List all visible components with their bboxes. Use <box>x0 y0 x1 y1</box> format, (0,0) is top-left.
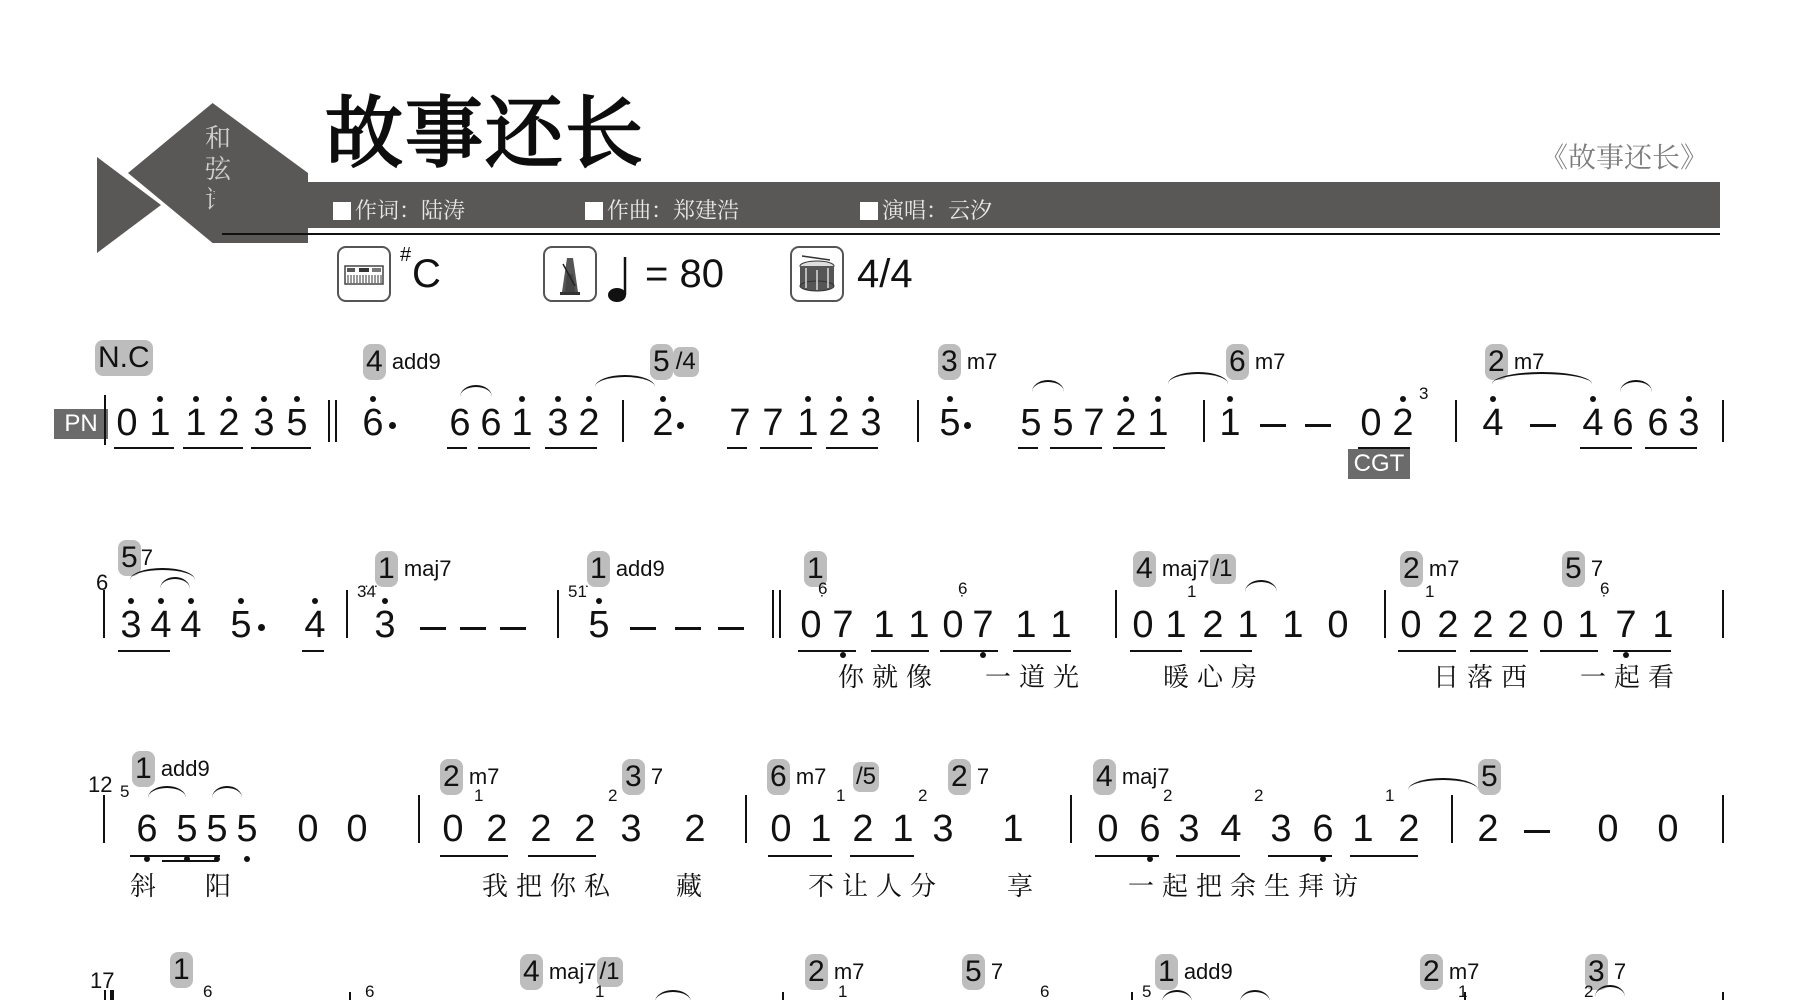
metronome-icon <box>543 246 597 302</box>
barline <box>1722 400 1724 442</box>
song-subtitle: 《故事还长》 <box>1540 136 1708 176</box>
grace-note: 1 <box>1425 583 1434 601</box>
key-sharp: # <box>400 244 411 267</box>
chord-quality: add9 <box>1184 959 1233 984</box>
note: 1 <box>1575 604 1601 646</box>
chord-root: 2 <box>1400 551 1423 587</box>
grace-note: 6̣ <box>818 580 827 598</box>
note: 0 <box>295 808 321 850</box>
barline <box>104 990 106 1000</box>
barline <box>1722 992 1724 1000</box>
barline <box>1384 590 1386 638</box>
note: 2 <box>572 808 598 850</box>
chord-root: 4 <box>1133 551 1156 587</box>
beam <box>1113 447 1165 449</box>
slur <box>1245 580 1277 592</box>
lyric: 享 <box>1007 866 1041 903</box>
chord-symbol: 6 m7 <box>767 759 826 795</box>
chord-symbol: 1 add9 <box>587 551 665 587</box>
note: 5 <box>284 402 310 444</box>
chord-quality: m7 <box>1429 556 1460 581</box>
note: 2 <box>650 402 676 444</box>
chord-quality: 7 <box>991 959 1003 984</box>
chord-symbol: 4 maj7/1 <box>520 954 623 990</box>
extension-dash <box>500 627 526 630</box>
note: 6 <box>360 402 386 444</box>
beam <box>478 447 530 449</box>
beam <box>1398 650 1456 652</box>
song-title: 故事还长 <box>325 88 645 180</box>
note: 2 <box>1200 604 1226 646</box>
double-barline <box>772 590 774 638</box>
lyric: 一起把余生拜访 <box>1128 866 1366 903</box>
beam <box>528 855 596 857</box>
augmentation-dot <box>677 422 684 429</box>
barline <box>1451 795 1453 843</box>
note: 2 <box>1390 402 1416 444</box>
slur <box>1620 380 1652 392</box>
lyric: 我把你私 <box>482 866 618 903</box>
beam <box>447 447 467 449</box>
chord-quality: 7 <box>651 764 663 789</box>
beam <box>768 855 832 857</box>
beam <box>114 447 174 449</box>
note: 0 <box>1358 402 1384 444</box>
chord-quality: maj7 <box>1162 556 1210 581</box>
extension-dash <box>718 627 744 630</box>
grace-note: 6̣ <box>1600 580 1609 598</box>
barline <box>346 590 348 638</box>
square-icon <box>860 202 878 220</box>
technique-badge: CGT <box>1348 449 1410 479</box>
grace-note: 1 <box>1385 787 1394 805</box>
lyric: 日落西 <box>1433 657 1535 694</box>
chord-root: 6 <box>767 759 790 795</box>
chord-quality: m7 <box>1514 349 1545 374</box>
credit-lyricist: 作词：陆涛 <box>333 194 465 225</box>
note: 5 <box>228 604 254 646</box>
barline <box>418 795 420 843</box>
note: 5 <box>937 402 963 444</box>
grace-note: 51̇ <box>568 583 587 601</box>
beam <box>1350 855 1418 857</box>
chord-root: 2 <box>440 759 463 795</box>
note: 6 <box>1610 402 1636 444</box>
note: 1 <box>795 402 821 444</box>
barline <box>1070 795 1072 843</box>
extension-dash <box>1305 424 1331 427</box>
note: 7 <box>760 402 786 444</box>
grace-note: 6 <box>203 983 212 1000</box>
barline <box>1115 590 1117 638</box>
note: 0 <box>1095 808 1121 850</box>
note: 5 <box>1050 402 1076 444</box>
chord-root: 1 <box>375 551 398 587</box>
chord-root: 2 <box>948 759 971 795</box>
double-barline <box>335 400 337 442</box>
note: 3 <box>1176 808 1202 850</box>
grace-note: 2 <box>1163 787 1172 805</box>
note: 2 <box>1470 604 1496 646</box>
grace-note: 1 <box>836 787 845 805</box>
extension-dash <box>675 627 701 630</box>
chord-quality: m7 <box>1255 349 1286 374</box>
beam <box>162 860 218 862</box>
note: 4 <box>1580 402 1606 444</box>
note: 1 <box>147 402 173 444</box>
beam <box>1613 650 1671 652</box>
barline <box>103 590 105 638</box>
grace-note: 6 <box>365 983 374 1000</box>
chord-quality: m7 <box>967 349 998 374</box>
lyric: 阳 <box>205 866 239 903</box>
divider <box>222 233 1720 235</box>
chord-slash: /4 <box>673 347 699 377</box>
note: 0 <box>1540 604 1566 646</box>
chord-root: 4 <box>363 344 386 380</box>
chord-symbol: 4 maj7 <box>1093 759 1170 795</box>
slur <box>460 385 492 397</box>
barline <box>103 795 105 843</box>
slur <box>655 990 691 1000</box>
grace-note: 2 <box>608 787 617 805</box>
augmentation-dot <box>258 624 265 631</box>
chord-quality: maj7 <box>549 959 597 984</box>
beam <box>940 650 998 652</box>
chord-symbol: 1 add9 <box>1155 954 1233 990</box>
beam <box>130 855 220 857</box>
chord-root: 5 <box>962 954 985 990</box>
chord-symbol: 2 m7 <box>1420 954 1479 990</box>
barline <box>745 795 747 843</box>
note: 3 <box>118 604 144 646</box>
beam <box>1176 855 1240 857</box>
note: 7 <box>970 604 996 646</box>
note: 0 <box>1595 808 1621 850</box>
note: 3 <box>1268 808 1294 850</box>
credit-text: 作曲：郑建浩 <box>607 199 739 224</box>
lyric: 藏 <box>676 866 710 903</box>
drum-icon <box>790 246 844 302</box>
grace-note: 1 <box>474 787 483 805</box>
beam <box>1013 650 1071 652</box>
chord-symbol: 2 7 <box>948 759 989 795</box>
chord-quality: m7 <box>1449 959 1480 984</box>
barline <box>104 395 106 445</box>
grace-note: 2 <box>918 787 927 805</box>
extension-dash <box>1524 830 1550 833</box>
chord-slash: /1 <box>1210 554 1236 584</box>
chord-symbol: 1 maj7 <box>375 551 452 587</box>
chord-slash: /5 <box>853 762 879 792</box>
grace-note: 3 <box>1419 385 1428 403</box>
beam <box>183 447 243 449</box>
chord-quality: add9 <box>392 349 441 374</box>
chord-symbol: 5 7 <box>962 954 1003 990</box>
note: 3 <box>930 808 956 850</box>
chord-root: 1 <box>1155 954 1178 990</box>
lyric: 不让人分 <box>808 866 944 903</box>
note: 1 <box>1000 808 1026 850</box>
beam <box>727 447 747 449</box>
chord-symbol: 3 7 <box>622 759 663 795</box>
note: 1 <box>1217 402 1243 444</box>
beam <box>760 447 812 449</box>
square-icon <box>585 202 603 220</box>
beam <box>251 447 311 449</box>
chord-symbol: 5/4 <box>650 344 699 380</box>
note: 1 <box>871 604 897 646</box>
chord-root: 3 <box>622 759 645 795</box>
barline <box>1203 400 1205 442</box>
beam <box>1050 447 1102 449</box>
extension-dash <box>630 627 656 630</box>
beam <box>1130 650 1182 652</box>
extension-dash <box>1260 424 1286 427</box>
beam <box>1580 447 1632 449</box>
chord-symbol: 2 m7 <box>440 759 499 795</box>
chord-root: 1 <box>587 551 610 587</box>
chord-root: 1 <box>132 751 155 787</box>
note: 4 <box>148 604 174 646</box>
note: 7 <box>830 604 856 646</box>
note: 7 <box>1081 402 1107 444</box>
chord-root: 2 <box>1420 954 1443 990</box>
note: 3 <box>618 808 644 850</box>
slur <box>595 375 655 387</box>
note: 1 <box>1048 604 1074 646</box>
chord-root: 4 <box>1093 759 1116 795</box>
beam <box>1645 447 1697 449</box>
barline <box>1455 400 1457 442</box>
note: 1 <box>1235 604 1261 646</box>
credit-text: 演唱：云汐 <box>882 199 992 224</box>
logo-char: 和 <box>198 124 238 155</box>
chord-root: 6 <box>1226 344 1249 380</box>
note: 0 <box>440 808 466 850</box>
lyric: 你就像 <box>838 657 940 694</box>
grace-note: 1 <box>838 983 847 1000</box>
slur <box>1408 778 1478 790</box>
note: 4 <box>178 604 204 646</box>
slur <box>1162 990 1192 1000</box>
beam <box>1268 855 1332 857</box>
note: 1 <box>1013 604 1039 646</box>
chord-symbol: 3 m7 <box>938 344 997 380</box>
note: 2 <box>1475 808 1501 850</box>
chord-quality: m7 <box>796 764 827 789</box>
beam <box>798 650 856 652</box>
square-icon <box>333 202 351 220</box>
note: 6 <box>478 402 504 444</box>
grace-note: 3̇4̇ <box>357 583 376 601</box>
credit-composer: 作曲：郑建浩 <box>585 194 739 225</box>
note: 1 <box>1145 402 1171 444</box>
chord-root: 5 <box>118 540 141 576</box>
note: 4 <box>302 604 328 646</box>
barline <box>1131 992 1133 1000</box>
note: 2 <box>1505 604 1531 646</box>
note: 6 <box>1137 808 1163 850</box>
grace-note: 2 <box>1584 983 1593 1000</box>
chord-symbol: 5 7 <box>1562 551 1603 587</box>
grace-note: 2 <box>1254 787 1263 805</box>
chord-quality: add9 <box>616 556 665 581</box>
chord-quality: add9 <box>161 756 210 781</box>
note: 0 <box>1655 808 1681 850</box>
note: 3 <box>372 604 398 646</box>
slur <box>148 786 186 798</box>
beam <box>850 855 914 857</box>
tempo-value: = 80 <box>645 252 724 297</box>
note: 0 <box>1325 604 1351 646</box>
chord-symbol: 4 maj7/1 <box>1133 551 1236 587</box>
extension-dash <box>460 627 486 630</box>
grace-note: 1 <box>595 983 604 1000</box>
note: 6 <box>447 402 473 444</box>
barline <box>349 992 351 1000</box>
chord-root: 5 <box>1562 551 1585 587</box>
note: 0 <box>1130 604 1156 646</box>
grace-note: 6 <box>1040 983 1049 1000</box>
note: 5 <box>234 808 260 850</box>
slur <box>1168 372 1228 384</box>
slur <box>1032 380 1064 392</box>
key-signature: C <box>412 252 441 297</box>
grace-note: 6̣ <box>958 580 967 598</box>
note: 4 <box>1480 402 1506 444</box>
note: 2 <box>216 402 242 444</box>
beam <box>1470 650 1528 652</box>
note: 1 <box>509 402 535 444</box>
chord-symbol: 2 m7 <box>805 954 864 990</box>
note: 5 <box>204 808 230 850</box>
barline <box>1722 795 1724 843</box>
time-signature: 4/4 <box>857 252 913 297</box>
chord-root: 2 <box>805 954 828 990</box>
repeat-barline <box>110 990 114 1000</box>
note: 2 <box>1396 808 1422 850</box>
chord-symbol: 4 add9 <box>363 344 441 380</box>
chord-symbol: N.C <box>95 340 153 376</box>
beam <box>118 650 170 652</box>
note: 3 <box>1676 402 1702 444</box>
barline <box>917 400 919 442</box>
chord-root: 5 <box>1478 759 1501 795</box>
barline <box>782 992 784 1000</box>
beam <box>871 650 929 652</box>
note: 3 <box>251 402 277 444</box>
lyric: 斜 <box>130 866 164 903</box>
note: 1 <box>906 604 932 646</box>
note: 4 <box>1218 808 1244 850</box>
chord-symbol: 1 add9 <box>132 751 210 787</box>
chord-symbol: 5 <box>1478 759 1501 795</box>
note: 5 <box>174 808 200 850</box>
credit-singer: 演唱：云汐 <box>860 194 992 225</box>
note: 2 <box>850 808 876 850</box>
chord-quality: maj7 <box>404 556 452 581</box>
measure-number: 12 <box>88 772 112 798</box>
beam <box>545 447 597 449</box>
note: 6 <box>1310 808 1336 850</box>
note: 0 <box>940 604 966 646</box>
note: 0 <box>114 402 140 444</box>
credit-text: 作词：陆涛 <box>355 199 465 224</box>
lyric: 一道光 <box>985 657 1087 694</box>
note: 0 <box>1398 604 1424 646</box>
chord-root: 4 <box>520 954 543 990</box>
chord-symbol: 1 <box>170 952 193 988</box>
chord-quality: 7 <box>977 764 989 789</box>
keyboard-icon <box>337 246 391 302</box>
instrument-badge: PN <box>54 409 108 439</box>
beam <box>826 447 878 449</box>
note: 2 <box>826 402 852 444</box>
note: 0 <box>344 808 370 850</box>
chord-quality: 7 <box>141 545 153 570</box>
chord-root: 5 <box>650 344 673 380</box>
quarter-note-icon <box>607 255 633 308</box>
note: 7 <box>727 402 753 444</box>
note: 0 <box>798 604 824 646</box>
grace-note: 5 <box>1142 983 1151 1000</box>
beam <box>1200 650 1252 652</box>
grace-note: 5 <box>120 783 129 801</box>
note: 6 <box>134 808 160 850</box>
note: 1 <box>1280 604 1306 646</box>
lyric: 一起看 <box>1580 657 1682 694</box>
barline <box>1722 590 1724 638</box>
barline <box>557 590 559 638</box>
note: 2 <box>1113 402 1139 444</box>
slur <box>1240 990 1270 1000</box>
note: 1 <box>890 808 916 850</box>
chord-root: 2 <box>1485 344 1508 380</box>
barline <box>622 400 624 442</box>
extension-dash <box>420 627 446 630</box>
note: 2 <box>1435 604 1461 646</box>
augmentation-dot <box>389 422 396 429</box>
beam <box>440 855 508 857</box>
beam <box>1540 650 1598 652</box>
chord-quality: 7 <box>1591 556 1603 581</box>
chord-quality: 7 <box>1614 959 1626 984</box>
double-barline <box>779 590 781 638</box>
chord-root: 1 <box>170 952 193 988</box>
note: 1 <box>1350 808 1376 850</box>
note: 2 <box>528 808 554 850</box>
note: 1 <box>183 402 209 444</box>
slur <box>212 786 242 798</box>
note: 0 <box>768 808 794 850</box>
note: 1 <box>808 808 834 850</box>
note: 7 <box>1613 604 1639 646</box>
double-barline <box>328 400 330 442</box>
lyric: 暖心房 <box>1163 657 1265 694</box>
chord-root: 3 <box>938 344 961 380</box>
grace-note: 1 <box>1458 983 1467 1000</box>
note: 6 <box>1645 402 1671 444</box>
augmentation-dot <box>964 422 971 429</box>
note: 2 <box>484 808 510 850</box>
beam <box>1095 855 1159 857</box>
grace-note: 1 <box>1187 583 1196 601</box>
note: 1 <box>1163 604 1189 646</box>
note: 5 <box>586 604 612 646</box>
beam <box>1018 447 1038 449</box>
note: 2 <box>682 808 708 850</box>
